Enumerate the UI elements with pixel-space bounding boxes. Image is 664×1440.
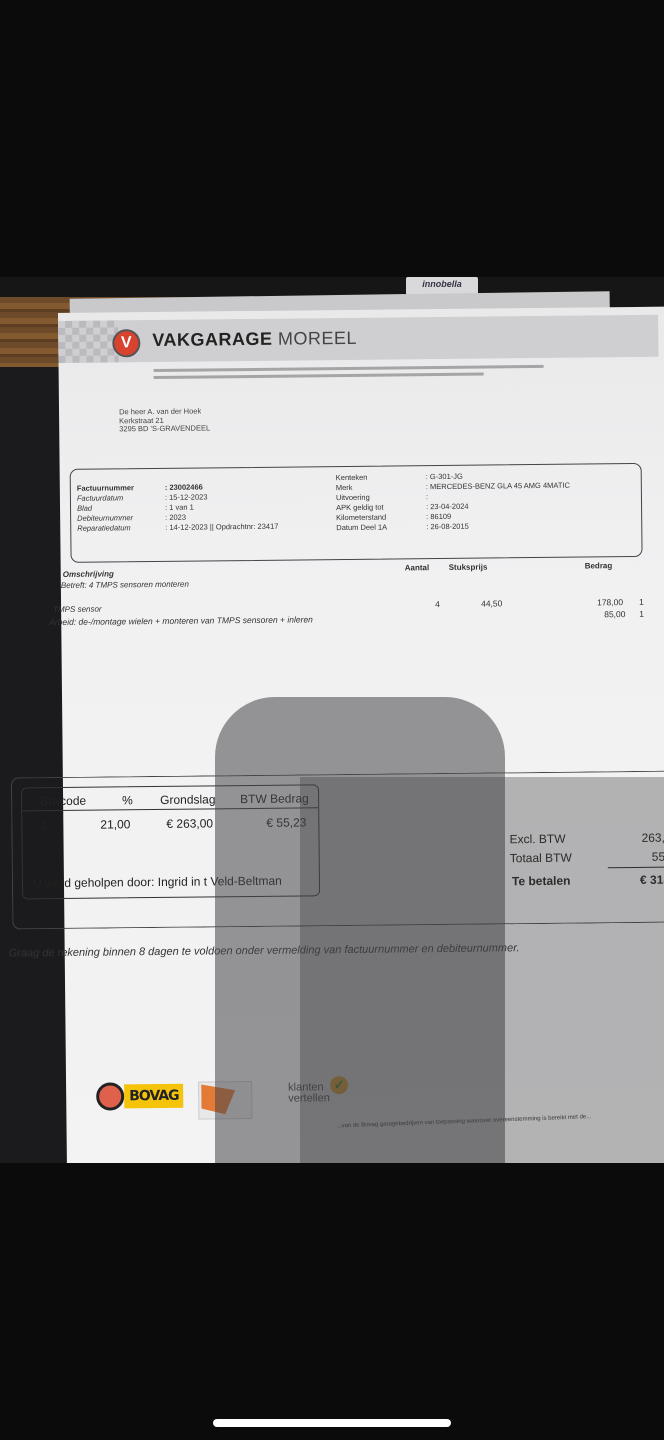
customer-city: 3295 BD 'S-GRAVENDEEL <box>119 424 210 433</box>
line-vat-code: 1 <box>639 609 644 619</box>
vat-header-percent: % <box>122 793 133 807</box>
repair-date: : 14-12-2023 || Opdrachtnr: 23417 <box>165 522 278 533</box>
vat-header-base: Grondslag <box>160 792 216 807</box>
mileage: : 86109 <box>426 512 451 522</box>
letterhead-band <box>58 315 658 363</box>
invoice-photo: innobella V VAKGARAGE MOREEL De heer A. … <box>0 277 664 1163</box>
invoice-date: : 15-12-2023 <box>165 492 208 502</box>
debtor-number: : 2023 <box>165 513 186 523</box>
vehicle-details: Kenteken: G-301-JG Merk: MERCEDES-BENZ G… <box>336 471 571 533</box>
contact-line-2 <box>154 373 484 379</box>
brand-light: MOREEL <box>278 328 357 349</box>
line-amount: 85,00 <box>604 609 625 619</box>
invoice-number: : 23002466 <box>165 482 203 492</box>
checker-pattern <box>58 320 118 363</box>
label: Datum Deel 1A <box>336 522 426 533</box>
license-plate: : G-301-JG <box>426 472 463 482</box>
bovag-q-icon <box>96 1082 124 1110</box>
customer-address: De heer A. van der Hoek Kerkstraat 21 32… <box>119 407 210 433</box>
apk-valid-until: : 23-04-2024 <box>426 502 469 512</box>
vat-percent: 21,00 <box>100 817 130 831</box>
col-amount: Bedrag <box>585 561 613 570</box>
vehicle-make: : MERCEDES-BENZ GLA 45 AMG 4MATIC <box>426 481 570 493</box>
vat-header-code: Btwcode <box>40 794 86 808</box>
bovag-logo: BOVAG <box>96 1082 184 1111</box>
vat-base: € 263,00 <box>166 816 213 830</box>
label: Reparatiedatum <box>77 523 165 534</box>
col-description: Omschrijving <box>63 569 114 579</box>
line-quantity: 4 <box>435 599 440 609</box>
registration-date: : 26-08-2015 <box>426 522 469 532</box>
line-amount: 178,00 <box>597 597 623 607</box>
line-unit-price: 44,50 <box>481 598 502 608</box>
contact-line-1 <box>154 365 544 372</box>
vat-code: 1 <box>40 818 47 832</box>
line-description: TMPS sensor <box>53 605 102 615</box>
col-unit-price: Stuksprijs <box>449 563 488 572</box>
vehicle-trim: : <box>426 492 428 502</box>
line-description: Arbeid: de-/montage wielen + monteren va… <box>49 614 313 627</box>
invoice-info-box: Factuurnummer: 23002466 Factuurdatum: 15… <box>70 463 643 563</box>
company-name: VAKGARAGE MOREEL <box>152 328 357 351</box>
invoice-subject: Betreft: 4 TMPS sensoren monteren <box>61 580 189 590</box>
col-quantity: Aantal <box>405 563 430 572</box>
line-vat-code: 1 <box>639 597 644 607</box>
bovag-text: BOVAG <box>124 1084 184 1109</box>
brand-bold: VAKGARAGE <box>152 329 272 350</box>
vakgarage-logo-icon: V <box>112 329 140 357</box>
page-number: : 1 van 1 <box>165 503 194 513</box>
home-indicator[interactable] <box>213 1419 451 1427</box>
invoice-details: Factuurnummer: 23002466 Factuurdatum: 15… <box>77 482 279 534</box>
phone-shadow-lower <box>300 777 664 1163</box>
